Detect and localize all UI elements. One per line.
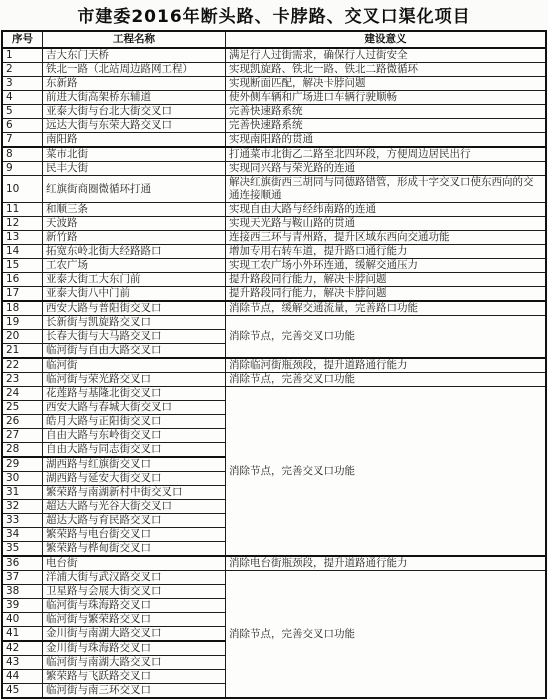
row-project-name: 远达大街与东荣大路交叉口 bbox=[43, 119, 226, 133]
row-serial-number: 6 bbox=[2, 119, 43, 133]
row-project-name: 长新街与凯旋路交叉口 bbox=[43, 316, 226, 330]
row-project-name: 临河街与繁荣路交叉口 bbox=[43, 613, 226, 627]
row-serial-number: 22 bbox=[2, 358, 43, 373]
row-project-name: 湖西路与红旗街交叉口 bbox=[43, 457, 226, 472]
row-project-name: 超达大路与育民路交叉口 bbox=[43, 514, 226, 528]
table-row: 24花莲路与基隆北街交叉口消除节点，完善交叉口功能 bbox=[2, 387, 546, 401]
row-project-name: 长春大街与大马路交叉口 bbox=[43, 330, 226, 344]
row-serial-number: 31 bbox=[2, 486, 43, 500]
row-project-name: 临河街与南湖大路交叉口 bbox=[43, 656, 226, 670]
header-row: 序号 工程名称 建设意义 bbox=[2, 31, 546, 48]
row-project-name: 吉大东门天桥 bbox=[43, 48, 226, 63]
table-row: 22临河街消除临河街瓶颈段，提升道路通行能力 bbox=[2, 358, 546, 373]
row-serial-number: 38 bbox=[2, 585, 43, 599]
row-project-name: 金川街与珠海路交叉口 bbox=[43, 641, 226, 656]
row-serial-number: 4 bbox=[2, 91, 43, 105]
row-project-name: 繁荣路与飞跃路交叉口 bbox=[43, 670, 226, 684]
row-project-name: 亚泰大街工大东门前 bbox=[43, 273, 226, 287]
row-significance: 满足行人过街需求，确保行人过街安全 bbox=[226, 48, 547, 63]
row-significance: 实现凯旋路、铁北一路、铁北二路微循环 bbox=[226, 63, 547, 77]
row-serial-number: 25 bbox=[2, 401, 43, 415]
row-serial-number: 5 bbox=[2, 105, 43, 119]
row-serial-number: 41 bbox=[2, 627, 43, 642]
row-significance: 实现自由大路与经纬南路的连通 bbox=[226, 203, 547, 217]
table-row: 23临河街与荣光路交叉口消除节点，完善交叉口功能 bbox=[2, 373, 546, 387]
row-project-name: 红旗街商圈微循环打通 bbox=[43, 176, 226, 203]
row-significance: 增加专用右转车道，提升路口通行能力 bbox=[226, 245, 547, 259]
row-project-name: 皓月大路与正阳街交叉口 bbox=[43, 415, 226, 429]
table-row: 6远达大街与东荣大路交叉口完善快速路系统 bbox=[2, 119, 546, 133]
row-serial-number: 14 bbox=[2, 245, 43, 259]
row-project-name: 前进大街高架桥东辅道 bbox=[43, 91, 226, 105]
row-project-name: 西安大路与普阳街交叉口 bbox=[43, 301, 226, 316]
row-project-name: 电台街 bbox=[43, 556, 226, 571]
row-serial-number: 8 bbox=[2, 147, 43, 162]
row-significance: 完善快速路系统 bbox=[226, 119, 547, 133]
row-serial-number: 35 bbox=[2, 542, 43, 557]
row-significance: 消除临河街瓶颈段，提升道路通行能力 bbox=[226, 358, 547, 373]
table-row: 10红旗街商圈微循环打通解决红旗街西三胡同与同德路错管，形成十字交叉口使东西向的… bbox=[2, 176, 546, 203]
table-row: 1吉大东门天桥满足行人过街需求，确保行人过街安全 bbox=[2, 48, 546, 63]
table-row: 13新竹路连接西三环与青州路，提升区域东西向交通功能 bbox=[2, 231, 546, 245]
row-significance: 使外侧车辆和广场进口车辆行驶顺畅 bbox=[226, 91, 547, 105]
header-project-name: 工程名称 bbox=[43, 31, 226, 48]
row-project-name: 拓宽东岭北街大经路路口 bbox=[43, 245, 226, 259]
row-serial-number: 32 bbox=[2, 500, 43, 514]
row-serial-number: 13 bbox=[2, 231, 43, 245]
row-serial-number: 28 bbox=[2, 443, 43, 458]
page-title: 市建委2016年断头路、卡脖路、交叉口渠化项目 bbox=[0, 0, 548, 30]
header-serial-number: 序号 bbox=[2, 31, 43, 48]
table-row: 37洋浦大街与武汉路交叉口消除节点，完善交叉口功能 bbox=[2, 571, 546, 585]
row-project-name: 湖西路与延安大街交叉口 bbox=[43, 472, 226, 486]
header-significance: 建设意义 bbox=[226, 31, 547, 48]
table-header: 序号 工程名称 建设意义 bbox=[2, 31, 546, 48]
row-serial-number: 34 bbox=[2, 528, 43, 542]
row-significance: 消除电台街瓶颈段，提升道路通行能力 bbox=[226, 556, 547, 571]
row-serial-number: 9 bbox=[2, 162, 43, 176]
row-project-name: 新竹路 bbox=[43, 231, 226, 245]
row-project-name: 工农广场 bbox=[43, 259, 226, 273]
row-serial-number: 45 bbox=[2, 684, 43, 699]
row-project-name: 南阳路 bbox=[43, 133, 226, 148]
row-project-name: 西安大路与春城大街交叉口 bbox=[43, 401, 226, 415]
row-project-name: 亚泰大街八中门前 bbox=[43, 287, 226, 302]
row-project-name: 临河街与荣光路交叉口 bbox=[43, 373, 226, 387]
row-serial-number: 19 bbox=[2, 316, 43, 330]
row-project-name: 繁荣路与桦甸街交叉口 bbox=[43, 542, 226, 557]
table-row: 14拓宽东岭北街大经路路口增加专用右转车道，提升路口通行能力 bbox=[2, 245, 546, 259]
row-project-name: 菜市北街 bbox=[43, 147, 226, 162]
table-row: 7南阳路实现南阳路的贯通 bbox=[2, 133, 546, 148]
row-project-name: 自由大路与同志街交叉口 bbox=[43, 443, 226, 458]
row-serial-number: 18 bbox=[2, 301, 43, 316]
row-project-name: 卫星路与会展大街交叉口 bbox=[43, 585, 226, 599]
row-serial-number: 7 bbox=[2, 133, 43, 148]
table-row: 11和顺三条实现自由大路与经纬南路的连通 bbox=[2, 203, 546, 217]
table-row: 4前进大街高架桥东辅道使外侧车辆和广场进口车辆行驶顺畅 bbox=[2, 91, 546, 105]
row-serial-number: 26 bbox=[2, 415, 43, 429]
row-significance: 提升路段同行能力，解决卡脖问题 bbox=[226, 287, 547, 302]
row-project-name: 铁北一路（北站周边路网工程） bbox=[43, 63, 226, 77]
table-row: 15工农广场实现工农广场小外环连通，缓解交通压力 bbox=[2, 259, 546, 273]
row-serial-number: 3 bbox=[2, 77, 43, 91]
row-significance: 实现天光路与鞍山路的贯通 bbox=[226, 217, 547, 231]
table-row: 36电台街消除电台街瓶颈段，提升道路通行能力 bbox=[2, 556, 546, 571]
table-row: 18西安大路与普阳街交叉口消除节点，缓解交通流量，完善路口功能 bbox=[2, 301, 546, 316]
row-serial-number: 1 bbox=[2, 48, 43, 63]
row-serial-number: 24 bbox=[2, 387, 43, 401]
row-serial-number: 2 bbox=[2, 63, 43, 77]
table-row: 3东新路实现断面匹配，解决卡脖问题 bbox=[2, 77, 546, 91]
row-project-name: 临河街 bbox=[43, 358, 226, 373]
row-serial-number: 33 bbox=[2, 514, 43, 528]
row-significance: 实现工农广场小外环连通，缓解交通压力 bbox=[226, 259, 547, 273]
row-significance: 实现南阳路的贯通 bbox=[226, 133, 547, 148]
table-row: 2铁北一路（北站周边路网工程）实现凯旋路、铁北一路、铁北二路微循环 bbox=[2, 63, 546, 77]
row-significance: 消除节点，完善交叉口功能 bbox=[226, 387, 547, 557]
row-serial-number: 29 bbox=[2, 457, 43, 472]
row-project-name: 超达大路与光谷大街交叉口 bbox=[43, 500, 226, 514]
table-row: 12天波路实现天光路与鞍山路的贯通 bbox=[2, 217, 546, 231]
row-serial-number: 21 bbox=[2, 344, 43, 359]
row-project-name: 临河街与自由大路交叉口 bbox=[43, 344, 226, 359]
row-significance: 消除节点，完善交叉口功能 bbox=[226, 571, 547, 699]
table-row: 19长新街与凯旋路交叉口消除节点，完善交叉口功能 bbox=[2, 316, 546, 330]
table-row: 16亚泰大街工大东门前提升路段同行能力，解决卡脖问题 bbox=[2, 273, 546, 287]
row-serial-number: 15 bbox=[2, 259, 43, 273]
row-significance: 实现断面匹配，解决卡脖问题 bbox=[226, 77, 547, 91]
row-significance: 完善快速路系统 bbox=[226, 105, 547, 119]
projects-table: 序号 工程名称 建设意义 1吉大东门天桥满足行人过街需求，确保行人过街安全2铁北… bbox=[1, 30, 547, 699]
row-significance: 消除节点，完善交叉口功能 bbox=[226, 316, 547, 359]
row-serial-number: 12 bbox=[2, 217, 43, 231]
row-significance: 连接西三环与青州路，提升区域东西向交通功能 bbox=[226, 231, 547, 245]
row-serial-number: 36 bbox=[2, 556, 43, 571]
row-serial-number: 42 bbox=[2, 641, 43, 656]
row-serial-number: 40 bbox=[2, 613, 43, 627]
table-row: 9民丰大街实现同兴路与荣光路的连通 bbox=[2, 162, 546, 176]
row-serial-number: 23 bbox=[2, 373, 43, 387]
row-project-name: 花莲路与基隆北街交叉口 bbox=[43, 387, 226, 401]
row-serial-number: 43 bbox=[2, 656, 43, 670]
row-serial-number: 16 bbox=[2, 273, 43, 287]
row-serial-number: 30 bbox=[2, 472, 43, 486]
row-serial-number: 27 bbox=[2, 429, 43, 443]
table-row: 17亚泰大街八中门前提升路段同行能力，解决卡脖问题 bbox=[2, 287, 546, 302]
row-serial-number: 11 bbox=[2, 203, 43, 217]
row-serial-number: 39 bbox=[2, 599, 43, 613]
row-project-name: 金川街与南湖大路交叉口 bbox=[43, 627, 226, 642]
row-significance: 消除节点，完善交叉口功能 bbox=[226, 373, 547, 387]
table-row: 8菜市北街打通菜市北街乙二路至北四环段，方便周边居民出行 bbox=[2, 147, 546, 162]
row-project-name: 民丰大街 bbox=[43, 162, 226, 176]
row-project-name: 繁荣路与电台街交叉口 bbox=[43, 528, 226, 542]
row-project-name: 和顺三条 bbox=[43, 203, 226, 217]
row-project-name: 东新路 bbox=[43, 77, 226, 91]
document-page: 市建委2016年断头路、卡脖路、交叉口渠化项目 序号 工程名称 建设意义 1吉大… bbox=[0, 0, 548, 700]
row-project-name: 临河街与珠海路交叉口 bbox=[43, 599, 226, 613]
row-significance: 实现同兴路与荣光路的连通 bbox=[226, 162, 547, 176]
row-significance: 提升路段同行能力，解决卡脖问题 bbox=[226, 273, 547, 287]
row-significance: 打通菜市北街乙二路至北四环段，方便周边居民出行 bbox=[226, 147, 547, 162]
table-row: 5亚泰大街与台北大街交叉口完善快速路系统 bbox=[2, 105, 546, 119]
row-serial-number: 44 bbox=[2, 670, 43, 684]
row-project-name: 亚泰大街与台北大街交叉口 bbox=[43, 105, 226, 119]
row-project-name: 自由大路与东岭街交叉口 bbox=[43, 429, 226, 443]
row-serial-number: 10 bbox=[2, 176, 43, 203]
row-project-name: 洋浦大街与武汉路交叉口 bbox=[43, 571, 226, 585]
row-serial-number: 20 bbox=[2, 330, 43, 344]
row-project-name: 临河街与南三环交叉口 bbox=[43, 684, 226, 699]
table-body: 1吉大东门天桥满足行人过街需求，确保行人过街安全2铁北一路（北站周边路网工程）实… bbox=[2, 48, 546, 698]
row-significance: 解决红旗街西三胡同与同德路错管，形成十字交叉口使东西向的交通连接顺通 bbox=[226, 176, 547, 203]
row-significance: 消除节点，缓解交通流量，完善路口功能 bbox=[226, 301, 547, 316]
row-serial-number: 17 bbox=[2, 287, 43, 302]
row-project-name: 繁荣路与南湖新村中街交叉口 bbox=[43, 486, 226, 500]
row-project-name: 天波路 bbox=[43, 217, 226, 231]
row-serial-number: 37 bbox=[2, 571, 43, 585]
